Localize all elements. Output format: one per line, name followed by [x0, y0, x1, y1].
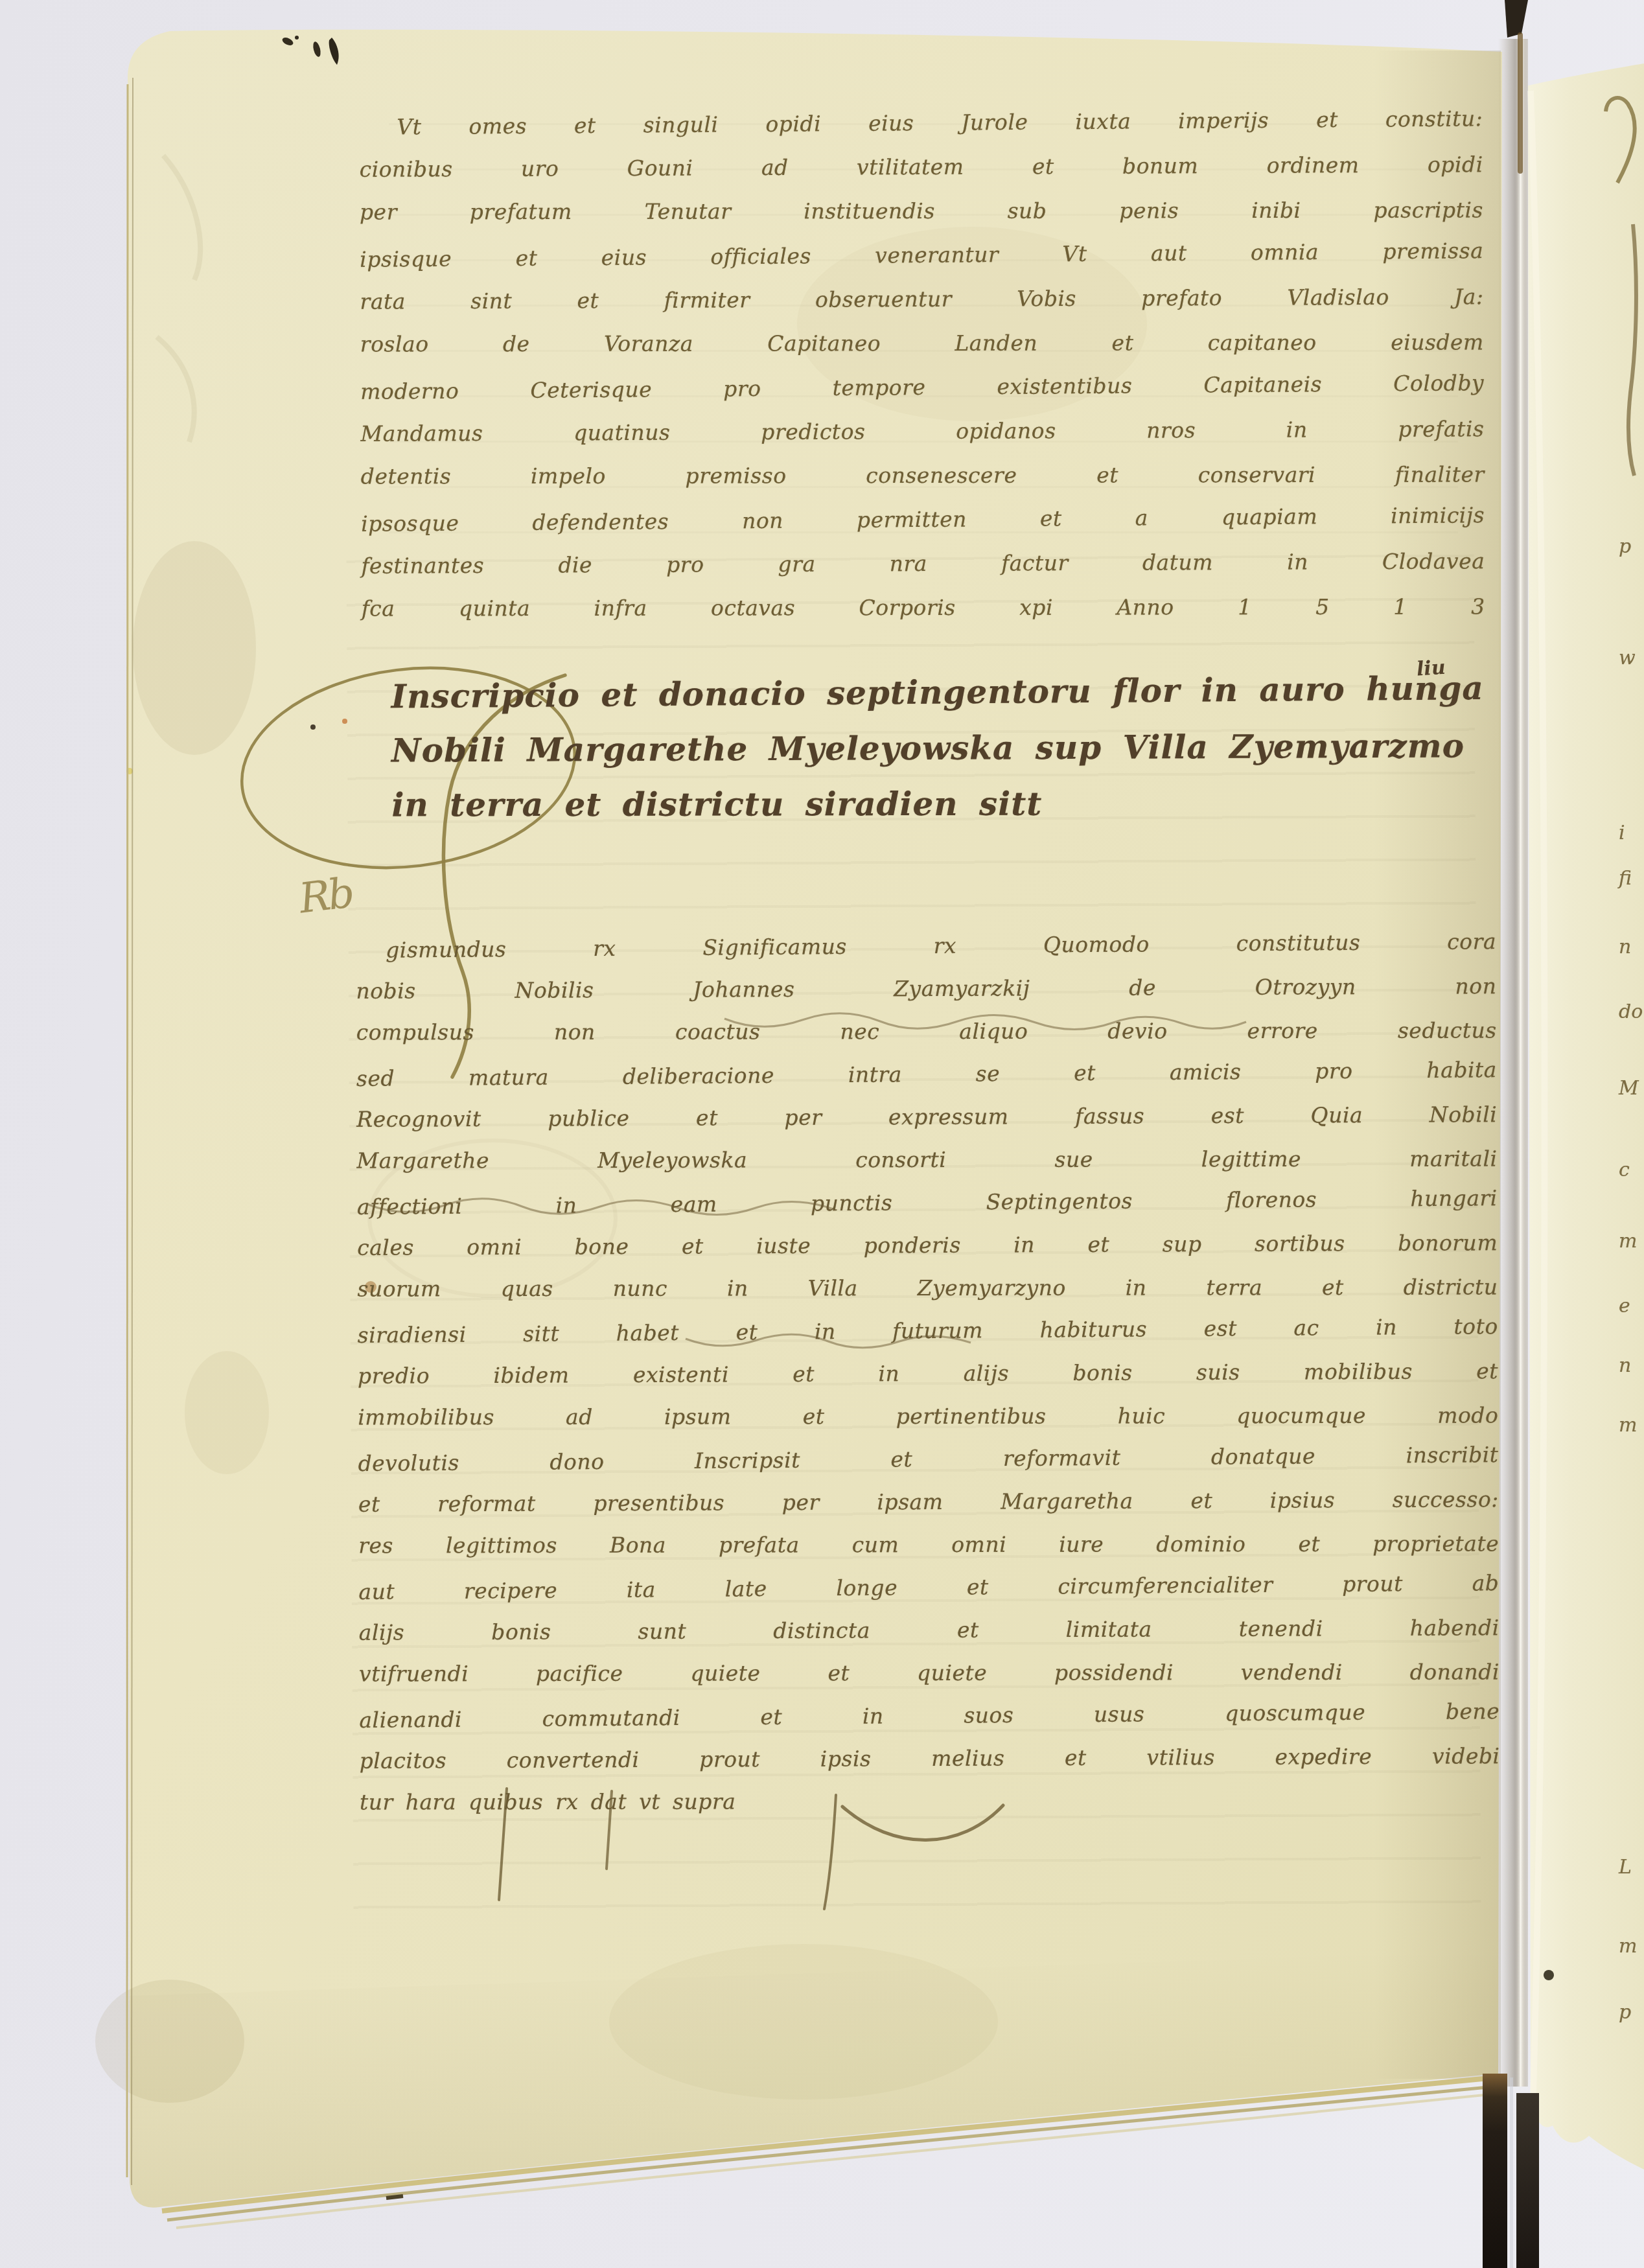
closing-line: moderno Ceterisque pro tempore existenti…: [360, 361, 1484, 414]
facing-page-fragment: p: [1619, 535, 1631, 558]
closing-line: Mandamus quatinus predictos opidanos nro…: [360, 407, 1484, 456]
page-bottom-shading: [130, 1950, 1499, 2208]
sheet-edge-stack: [167, 2087, 1494, 2220]
facing-page-fragment: M: [1619, 1077, 1639, 1100]
heading-line: Nobili Margarethe Myeleyowska sup Villa …: [391, 718, 1436, 778]
cradle-rod-top: [1505, 0, 1528, 38]
show-through-stroke: [163, 156, 200, 280]
cradle-rod-bottom-right: [1516, 2093, 1539, 2268]
margin-monogram: Rb: [297, 869, 355, 923]
body-line: res legittimos Bona prefata cum omni iur…: [358, 1522, 1499, 1567]
facing-page-fragment: fi: [1619, 867, 1632, 890]
body-line: alienandi commutandi et in suos usus quo…: [359, 1690, 1499, 1742]
body-line: alijs bonis sunt distincta et limitata t…: [359, 1606, 1499, 1654]
ink-blot: [295, 36, 299, 40]
heading-line: Inscripcio et donacio septingentoru flor…: [391, 661, 1436, 725]
closing-line: cionibus uro Gouni ad vtilitatem et bonu…: [360, 143, 1483, 192]
body-line: affectioni in eam punctis Septingentos f…: [357, 1177, 1498, 1229]
yellow-speck: [126, 768, 133, 774]
body-line: siradiensi sitt habet et in futurum habi…: [357, 1305, 1498, 1357]
sheet-edge-line: [127, 84, 128, 2177]
facing-page-fragment: L: [1619, 1856, 1632, 1879]
facing-page-fragment: do: [1619, 1001, 1643, 1023]
facing-page-fragment: m: [1619, 1230, 1637, 1253]
body-line: immobilibus ad ipsum et pertinentibus hu…: [358, 1394, 1498, 1439]
closing-paragraph: Vt omes et singuli opidi eius Jurole iux…: [359, 98, 1485, 632]
closing-line: per prefatum Tenutar instituendis sub pe…: [360, 188, 1483, 234]
ink-blot: [312, 41, 322, 58]
body-line: gismundus rx Significamus rx Quomodo con…: [356, 920, 1496, 972]
ink-blot: [281, 36, 295, 47]
closing-line: ipsisque et eius officiales venerantur V…: [360, 229, 1483, 282]
page-stain: [133, 541, 256, 755]
facing-page-fragment: n: [1619, 1354, 1631, 1377]
page-stain: [609, 1944, 998, 2100]
heading-superscript: liu: [1416, 656, 1446, 680]
body-line: Margarethe Myeleyowska consorti sue legi…: [357, 1137, 1498, 1182]
right-page-fold-highlight: [1531, 91, 1545, 2093]
heading-line: in terra et districtu siradien sitt: [391, 776, 1436, 833]
facing-page-fragment: n: [1619, 936, 1631, 958]
gutter-crease: [1498, 39, 1528, 2087]
body-line: devolutis dono Inscripsit et reformavit …: [358, 1433, 1498, 1485]
closing-line: ipsosque defendentes non permitten et a …: [361, 493, 1485, 546]
sheet-edge-line: [132, 78, 133, 2185]
closing-line: Vt omes et singuli opidi eius Jurole iux…: [359, 97, 1483, 150]
wormhole-dot: [1544, 1970, 1554, 1980]
body-line: cales omni bone et iuste ponderis in et …: [357, 1221, 1498, 1269]
sheet-edge-stack: [162, 2077, 1497, 2211]
facing-page-fragment: m: [1619, 1414, 1637, 1437]
body-line: tur hara quibus rx dat vt supra: [360, 1779, 1500, 1823]
body-line: sed matura deliberacione intra se et ami…: [356, 1048, 1497, 1100]
facing-page-fragment: c: [1619, 1159, 1630, 1181]
sheet-edge-speck: [386, 2196, 403, 2198]
closing-line: rata sint et firmiter obseruentur Vobis …: [360, 275, 1483, 324]
ink-blot: [329, 38, 339, 65]
body-line: et reformat presentibus per ipsam Margar…: [358, 1478, 1499, 1526]
body-line: Recognovit publice et per expressum fass…: [356, 1093, 1497, 1141]
closing-line: fca quinta infra octavas Corporis xpi An…: [362, 584, 1485, 631]
closing-line: detentis impelo premisso consenescere et…: [361, 452, 1485, 498]
facing-page-fragment: w: [1619, 647, 1636, 669]
body-line: suorum quas nunc in Villa Zyemyarzyno in…: [357, 1266, 1498, 1310]
body-line: compulsus non coactus nec aliquo devio e…: [356, 1009, 1497, 1054]
body-line: placitos convertendi prout ipsis melius …: [359, 1735, 1499, 1783]
page-stain: [185, 1351, 269, 1474]
cradle-glass-edge: [1510, 2077, 1513, 2268]
body-line: nobis Nobilis Johannes Zyamyarzkij de Ot…: [356, 965, 1496, 1013]
body-line: predio ibidem existenti et in alijs boni…: [358, 1350, 1498, 1398]
facing-page-fragment: i: [1619, 822, 1625, 844]
closing-line: roslao de Voranza Capitaneo Landen et ca…: [360, 320, 1484, 366]
orange-speck: [342, 719, 347, 724]
facing-page-line-fragments: pwifindoMcmenmLmp: [1616, 0, 1644, 2268]
facing-page-fragment: m: [1619, 1935, 1637, 1958]
cradle-rod-bottom-left: [1483, 2074, 1507, 2268]
ink-speck: [310, 724, 316, 730]
show-through-stroke: [157, 337, 194, 442]
manuscript-scan: Vt omes et singuli opidi eius Jurole iux…: [0, 0, 1644, 2268]
sheet-edge-stack: [176, 2094, 1490, 2228]
chapter-heading: Inscripcio et donacio septingentoru flor…: [391, 662, 1436, 834]
body-paragraph: gismundus rx Significamus rx Quomodo con…: [356, 922, 1500, 1825]
facing-page-fragment: e: [1619, 1295, 1630, 1317]
closing-line: festinantes die pro gra nra factur datum…: [361, 539, 1485, 588]
page-stain: [95, 1980, 244, 2103]
body-line: vtifruendi pacifice quiete et quiete pos…: [359, 1650, 1499, 1695]
facing-page-fragment: p: [1619, 2001, 1631, 2024]
cradle-rod-top-tail: [1518, 32, 1523, 174]
body-line: aut recipere ita late longe et circumfer…: [358, 1562, 1499, 1614]
